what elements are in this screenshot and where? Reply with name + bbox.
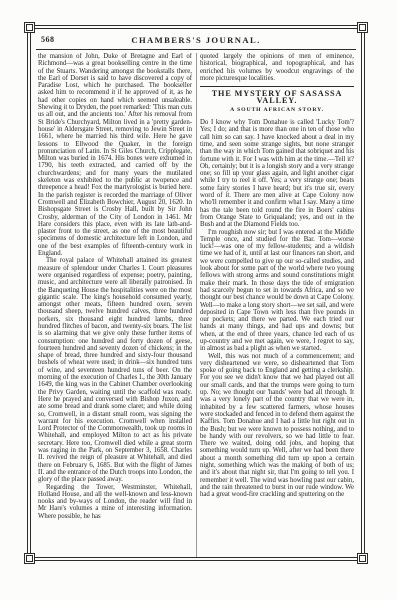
paragraph: The royal palace of Whitehall attained i… xyxy=(38,257,192,483)
story-subtitle: A SOUTH AFRICAN STORY. xyxy=(200,107,354,114)
right-column: quoted largely the opinions of men of em… xyxy=(200,53,354,557)
paragraph: Do I know why Tom Donahue is called 'Luc… xyxy=(200,119,354,228)
story-paragraph-block: Do I know why Tom Donahue is called 'Luc… xyxy=(200,119,354,498)
frame-corner-ornament-bottom-left xyxy=(24,553,35,564)
frame-corner-ornament-bottom-right xyxy=(357,553,368,564)
section-divider-rule xyxy=(200,86,354,87)
paragraph: Well, this was not much of a commencemen… xyxy=(200,353,354,499)
frame-corner-ornament-top-left xyxy=(24,22,35,33)
paragraph: I'm roughish now sir; but I was entered … xyxy=(200,229,354,353)
paragraph: Regarding the Tower, Westminster, Whiteh… xyxy=(38,484,192,520)
page-header: 568 CHAMBERS'S JOURNAL. xyxy=(36,29,356,50)
page-number: 568 xyxy=(41,35,55,44)
paragraph: the mansion of John, Duke of Bretagne an… xyxy=(38,53,192,257)
left-column: the mansion of John, Duke of Bretagne an… xyxy=(38,53,192,557)
paragraph: quoted largely the opinions of men of em… xyxy=(200,53,354,82)
page-frame-border: 568 CHAMBERS'S JOURNAL. the mansion of J… xyxy=(27,25,365,561)
story-title: THE MYSTERY OF SASASSA VALLEY. xyxy=(200,90,354,105)
two-column-text-area: the mansion of John, Duke of Bretagne an… xyxy=(38,53,354,557)
continuation-paragraph-block: quoted largely the opinions of men of em… xyxy=(200,53,354,82)
journal-title: CHAMBERS'S JOURNAL. xyxy=(36,29,356,45)
column-divider-rule xyxy=(196,53,197,557)
frame-corner-ornament-top-right xyxy=(357,22,368,33)
journal-page-scan: 568 CHAMBERS'S JOURNAL. the mansion of J… xyxy=(0,0,398,600)
